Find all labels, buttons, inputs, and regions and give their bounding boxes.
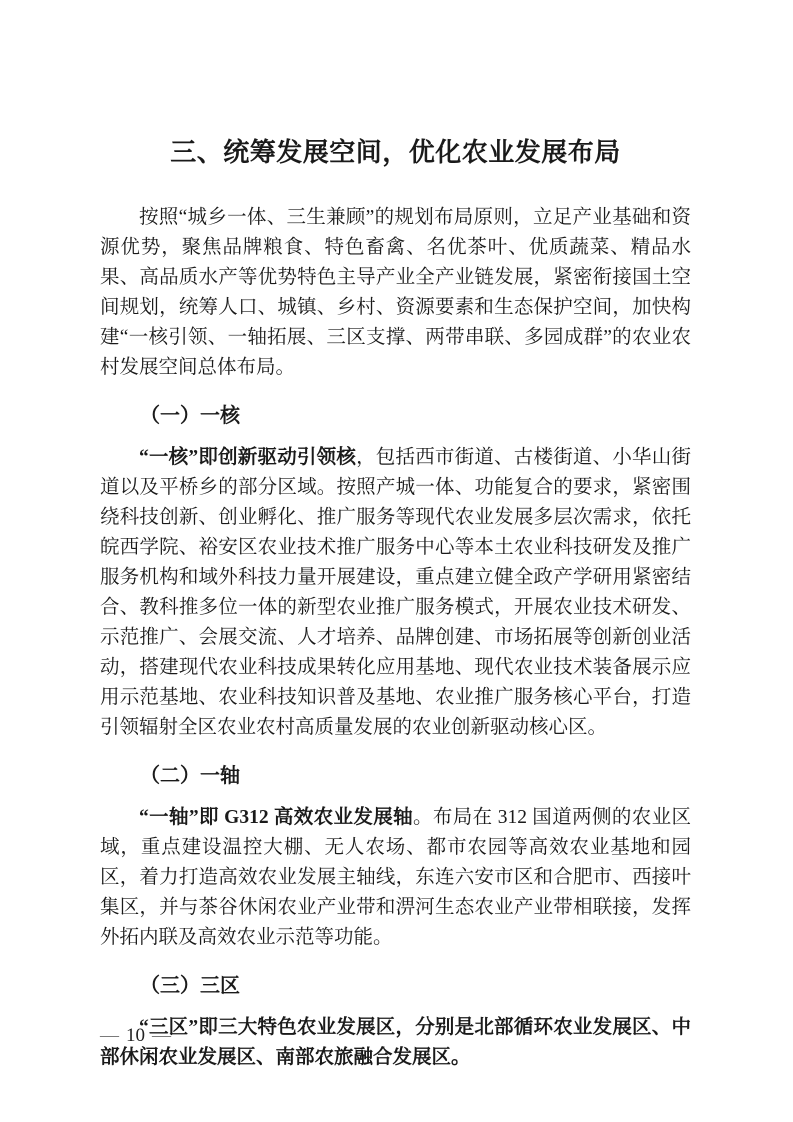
page-footer: —10— (100, 1025, 171, 1047)
page-number: 10 (119, 1025, 152, 1046)
section-heading-core: （一）一核 (100, 401, 691, 431)
section-axis-body-text: 。布局在 312 国道两侧的农业区域，重点建设温控大棚、无人农场、都市农园等高效… (100, 807, 691, 948)
document-page: 三、统筹发展空间，优化农业发展布局 按照“城乡一体、三生兼顾”的规划布局原则，立… (0, 0, 793, 1122)
section-core-bold-lead: “一核”即创新驱动引领核 (139, 447, 356, 468)
section-core-body-text: ，包括西市街道、古楼街道、小华山街道以及平桥乡的部分区域。按照产城一体、功能复合… (100, 447, 691, 738)
section-zones-bold-lead: “三区”即三大特色农业发展区，分别是北部循环农业发展区、中部休闲农业发展区、南部… (100, 1017, 691, 1068)
section-heading-zones: （三）三区 (100, 971, 691, 1001)
footer-right-dash: — (152, 1025, 171, 1046)
section-heading-axis: （二）一轴 (100, 761, 691, 791)
intro-paragraph: 按照“城乡一体、三生兼顾”的规划布局原则，立足产业基础和资源优势，聚焦品牌粮食、… (100, 203, 691, 383)
section-paragraph-zones: “三区”即三大特色农业发展区，分别是北部循环农业发展区、中部休闲农业发展区、南部… (100, 1013, 691, 1073)
section-paragraph-core: “一核”即创新驱动引领核，包括西市街道、古楼街道、小华山街道以及平桥乡的部分区域… (100, 443, 691, 743)
footer-left-dash: — (100, 1025, 119, 1046)
section-axis-bold-lead: “一轴”即 G312 高效农业发展轴 (139, 807, 413, 828)
page-title: 三、统筹发展空间，优化农业发展布局 (100, 137, 691, 167)
section-paragraph-axis: “一轴”即 G312 高效农业发展轴。布局在 312 国道两侧的农业区域，重点建… (100, 803, 691, 953)
